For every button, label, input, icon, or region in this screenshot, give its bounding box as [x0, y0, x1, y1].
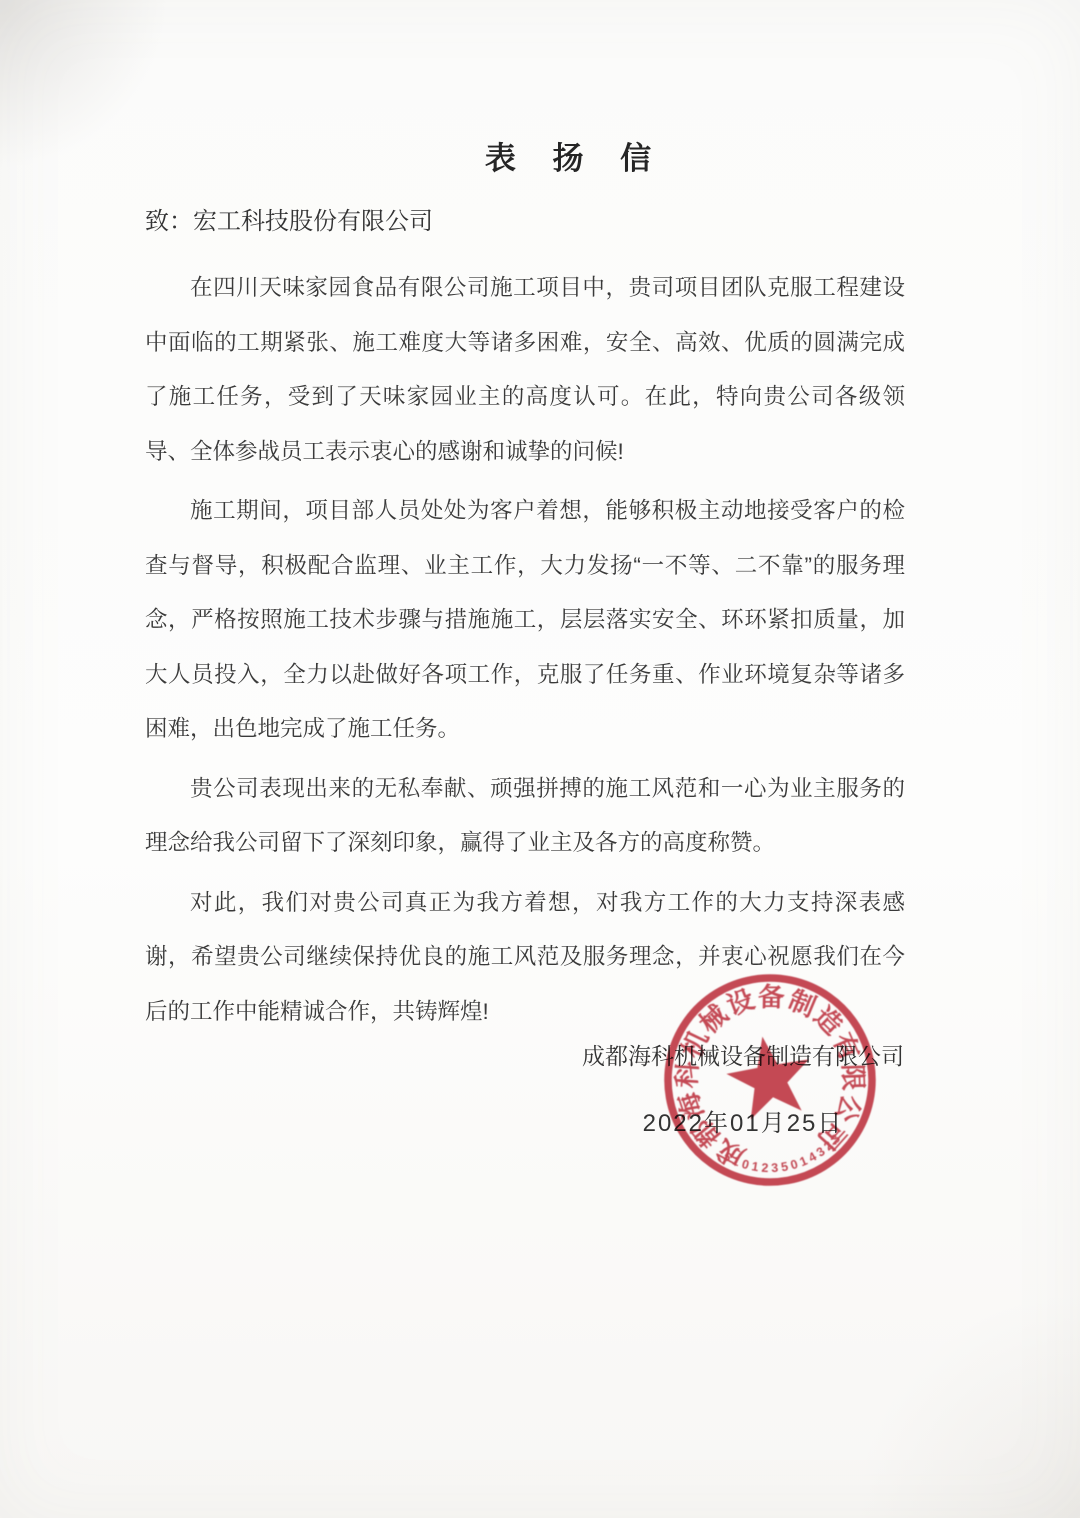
signature-company: 成都海科机械设备制造有限公司	[578, 1040, 908, 1072]
letter-content: 表 扬 信 致：宏工科技股份有限公司 在四川天味家园食品有限公司施工项目中，贵司…	[145, 0, 905, 1039]
paragraph-1: 在四川天味家园食品有限公司施工项目中，贵司项目团队克服工程建设中面临的工期紧张、…	[145, 261, 905, 479]
signature-block: 成都海科机械设备制造有限公司 2022年01月25日	[578, 1040, 908, 1140]
paragraph-3: 贵公司表现出来的无私奉献、顽强拼搏的施工风范和一心为业主服务的理念给我公司留下了…	[145, 762, 905, 871]
commendation-letter-page: 表 扬 信 致：宏工科技股份有限公司 在四川天味家园食品有限公司施工项目中，贵司…	[0, 0, 1080, 1518]
letter-title: 表 扬 信	[195, 138, 955, 180]
signature-date: 2022年01月25日	[578, 1108, 908, 1140]
paragraph-4: 对此，我们对贵公司真正为我方着想，对我方工作的大力支持深表感谢，希望贵公司继续保…	[145, 876, 905, 1040]
paragraph-2: 施工期间，项目部人员处处为客户着想，能够积极主动地接受客户的检查与督导，积极配合…	[145, 484, 905, 757]
salutation-line: 致：宏工科技股份有限公司	[145, 206, 905, 238]
